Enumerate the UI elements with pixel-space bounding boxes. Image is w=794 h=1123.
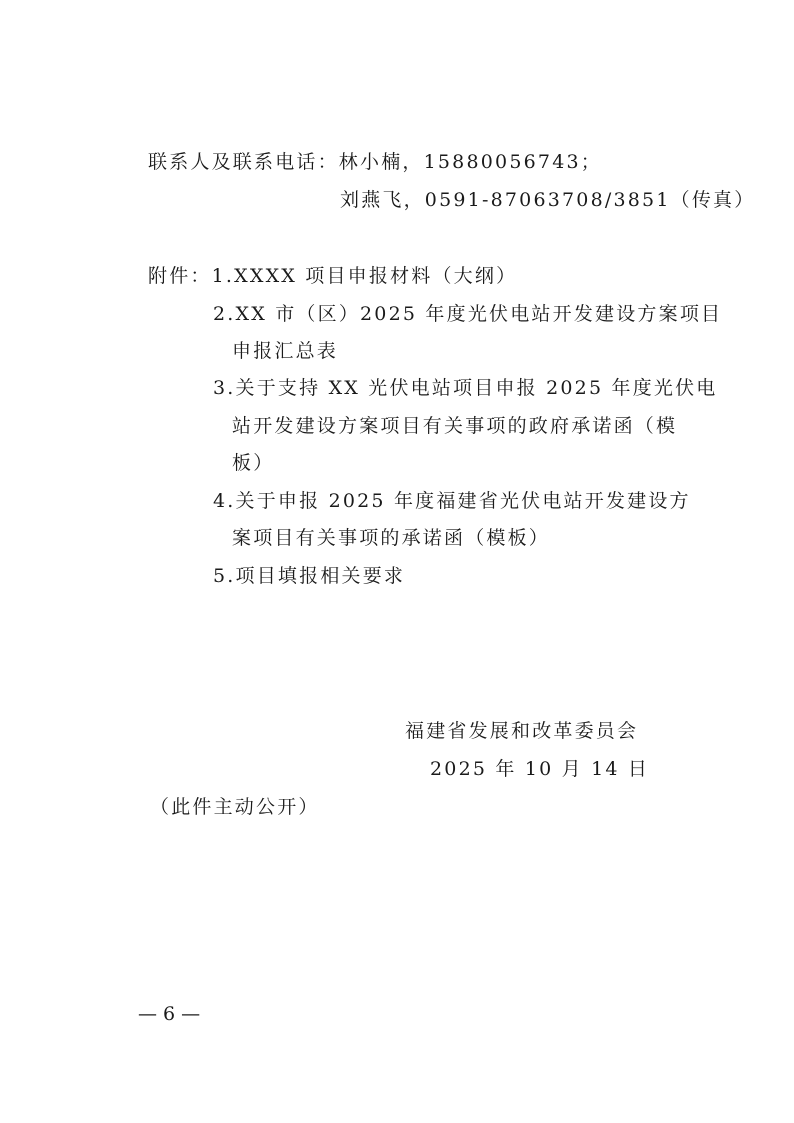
attachment-2-line-2: 申报汇总表 (232, 339, 338, 363)
attachment-3-line-1: 3.关于支持 XX 光伏电站项目申报 2025 年度光伏电 (213, 376, 718, 400)
attachment-1: 附件：1.XXXX 项目申报材料（大纲） (148, 264, 517, 288)
signature-organization: 福建省发展和改革委员会 (405, 719, 638, 743)
attachment-4-line-2: 案项目有关事项的承诺函（模板） (232, 526, 550, 550)
contact-line-1: 联系人及联系电话：林小楠，15880056743； (148, 150, 602, 174)
page-number: — 6 — (138, 1003, 200, 1025)
disclosure-note: （此件主动公开） (150, 795, 320, 819)
attachment-2-line-1: 2.XX 市（区）2025 年度光伏电站开发建设方案项目 (213, 302, 722, 326)
contact-line-2: 刘燕飞，0591-87063708/3851（传真） (340, 188, 755, 212)
attachment-3-line-2: 站开发建设方案项目有关事项的政府承诺函（模 (232, 414, 677, 438)
attachment-4-line-1: 4.关于申报 2025 年度福建省光伏电站开发建设方 (213, 489, 691, 513)
attachment-3-line-3: 板） (232, 451, 274, 475)
signature-date: 2025 年 10 月 14 日 (430, 757, 649, 781)
attachment-5: 5.项目填报相关要求 (213, 564, 405, 588)
